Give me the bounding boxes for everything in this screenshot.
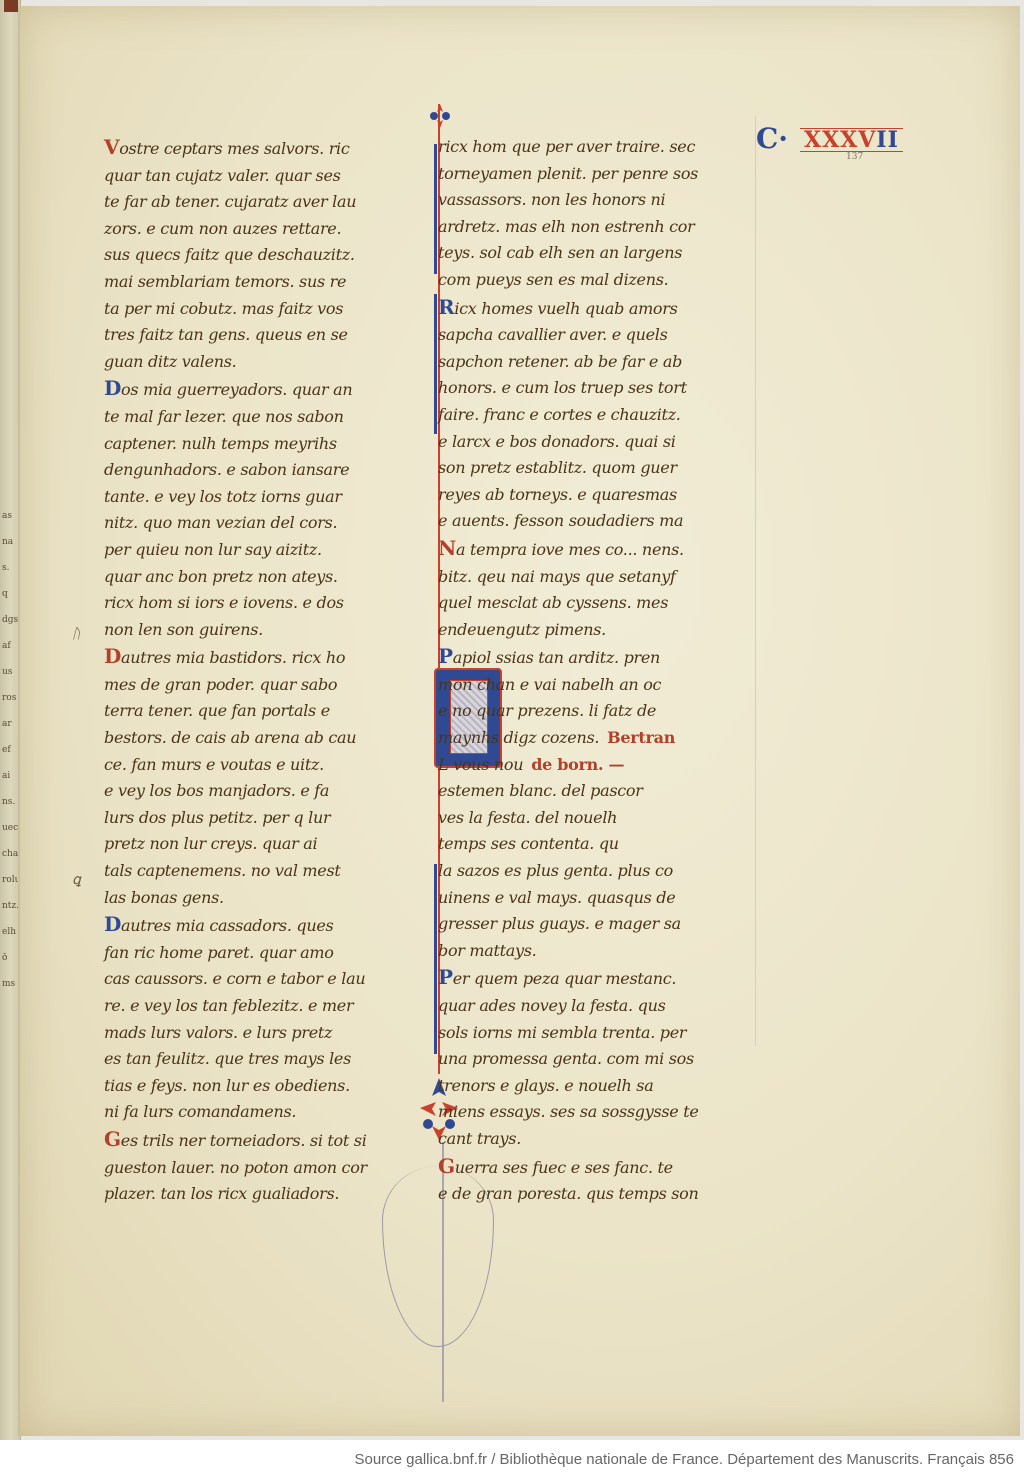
text-line: nitz. quo man vezian del cors. xyxy=(104,510,394,537)
decorated-initial: N xyxy=(438,536,456,560)
line-text: faire. franc e cortes e chauzitz. xyxy=(438,405,681,424)
margin-note: ꝗ xyxy=(72,872,81,888)
text-line: Dos mia guerreyadors. quar an xyxy=(104,375,394,404)
text-line: e vey los bos manjadors. e fa xyxy=(104,778,394,805)
text-line: torneyamen plenit. per penre sos xyxy=(438,161,758,188)
line-text: ricx hom si iors e iovens. e dos xyxy=(104,593,344,612)
line-text: gresser plus guays. e mager sa xyxy=(438,914,681,933)
text-line: Vostre ceptars mes salvors. ric xyxy=(104,134,394,163)
text-line: cant trays. xyxy=(438,1126,758,1153)
pencil-folio-number: 137 xyxy=(846,152,863,162)
text-line: teys. sol cab elh sen an largens xyxy=(438,240,758,267)
line-text: sapchon retener. ab be far e ab xyxy=(438,352,682,371)
line-text: ostre ceptars mes salvors. ric xyxy=(119,139,349,158)
text-line: reyes ab torneys. e quaresmas xyxy=(438,482,758,509)
line-text: mes de gran poder. quar sabo xyxy=(104,675,337,694)
source-attribution: Source gallica.bnf.fr / Bibliothèque nat… xyxy=(354,1451,1014,1468)
line-text: ce. fan murs e voutas e uitz. xyxy=(104,755,324,774)
line-text: terra tener. que fan portals e xyxy=(104,701,330,720)
line-text: a tempra iove mes co... nens. xyxy=(456,540,684,559)
line-text: mai semblariam temors. sus re xyxy=(104,272,346,291)
line-text: quar tan cujatz valer. quar ses xyxy=(104,166,341,185)
line-text: lurs dos plus petitz. per q lur xyxy=(104,808,330,827)
folio-numeral-red: XXXV xyxy=(804,127,876,153)
line-text: trenors e glays. e nouelh sa xyxy=(438,1076,653,1095)
line-text: icx homes vuelh quab amors xyxy=(454,299,677,318)
line-text: reyes ab torneys. e quaresmas xyxy=(438,485,677,504)
line-text: sus quecs faitz que deschauzitz. xyxy=(104,245,355,264)
text-line: trenors e glays. e nouelh sa xyxy=(438,1073,758,1100)
text-line: Dautres mia cassadors. ques xyxy=(104,911,394,940)
text-line: miens essays. ses sa sossgysse te xyxy=(438,1099,758,1126)
line-text: com pueys sen es mal dizens. xyxy=(438,270,668,289)
line-text: tias e feys. non lur es obediens. xyxy=(104,1076,350,1095)
line-text: cant trays. xyxy=(438,1129,521,1148)
text-line: Papiol ssias tan arditz. pren xyxy=(438,643,758,672)
folio-numeral-blue: II xyxy=(876,127,899,153)
text-line: faire. franc e cortes e chauzitz. xyxy=(438,402,758,429)
line-text: uerra ses fuec e ses fanc. te xyxy=(455,1158,673,1177)
text-line: per quieu non lur say aizitz. xyxy=(104,537,394,564)
line-text: er quem peza quar mestanc. xyxy=(453,969,676,988)
line-text: bitz. qeu nai mays que setanyf xyxy=(438,567,676,586)
line-text: zors. e cum non auzes rettare. xyxy=(104,219,341,238)
rubric-author-name: de born. — xyxy=(531,755,624,774)
line-text: mon chan e vai nabelh an oc xyxy=(438,675,661,694)
text-line: te far ab tener. cujaratz aver lau xyxy=(104,189,394,216)
decorated-initial: D xyxy=(104,376,121,400)
line-text: per quieu non lur say aizitz. xyxy=(104,540,322,559)
line-text: teys. sol cab elh sen an largens xyxy=(438,243,682,262)
text-line: tals captenemens. no val mest xyxy=(104,858,394,885)
text-line: sols iorns mi sembla trenta. per xyxy=(438,1020,758,1047)
line-text: es trils ner torneiadors. si tot si xyxy=(121,1131,367,1150)
text-line: sapchon retener. ab be far e ab xyxy=(438,349,758,376)
text-line: mai semblariam temors. sus re xyxy=(104,269,394,296)
text-line: endeuengutz pimens. xyxy=(438,617,758,644)
top-flourish-ornament xyxy=(425,96,455,136)
text-line: e larcx e bos donadors. quai si xyxy=(438,429,758,456)
line-text: quar ades novey la festa. qus xyxy=(438,996,665,1015)
line-text: cas caussors. e corn e tabor e lau xyxy=(104,969,365,988)
line-text: plazer. tan los ricx gualiadors. xyxy=(104,1184,339,1203)
line-text: e larcx e bos donadors. quai si xyxy=(438,432,676,451)
text-line: quel mesclat ab cyssens. mes xyxy=(438,590,758,617)
line-text: autres mia bastidors. ricx ho xyxy=(121,648,345,667)
text-line: una promessa genta. com mi sos xyxy=(438,1046,758,1073)
text-line: e de gran poresta. qus temps son xyxy=(438,1181,758,1208)
line-text: autres mia cassadors. ques xyxy=(121,916,333,935)
text-line: ta per mi cobutz. mas faitz vos xyxy=(104,296,394,323)
line-text: vassassors. non les honors ni xyxy=(438,190,665,209)
line-text: bestors. de cais ab arena ab cau xyxy=(104,728,356,747)
text-line: guan ditz valens. xyxy=(104,349,394,376)
line-text: te mal far lezer. que nos sabon xyxy=(104,407,344,426)
line-text: re. e vey los tan feblezitz. e mer xyxy=(104,996,353,1015)
text-line: pretz non lur creys. quar ai xyxy=(104,831,394,858)
line-text: una promessa genta. com mi sos xyxy=(438,1049,694,1068)
line-text: es tan feulitz. que tres mays les xyxy=(104,1049,351,1068)
line-text: non len son guirens. xyxy=(104,620,263,639)
text-line: temps ses contenta. qu xyxy=(438,831,758,858)
line-text: torneyamen plenit. per penre sos xyxy=(438,164,698,183)
line-text: pretz non lur creys. quar ai xyxy=(104,834,317,853)
text-line: lurs dos plus petitz. per q lur xyxy=(104,805,394,832)
right-text-column: ricx hom que per aver traire. sectorneya… xyxy=(438,134,758,1208)
line-text: L vous nou xyxy=(438,755,523,774)
text-line: las bonas gens. xyxy=(104,885,394,912)
line-text: apiol ssias tan arditz. pren xyxy=(453,648,660,667)
text-line: com pueys sen es mal dizens. xyxy=(438,267,758,294)
text-line: mon chan e vai nabelh an oc xyxy=(438,672,758,699)
text-line: vassassors. non les honors ni xyxy=(438,187,758,214)
left-text-column: Vostre ceptars mes salvors. ricquar tan … xyxy=(104,134,394,1208)
line-text: sapcha cavallier aver. e quels xyxy=(438,325,668,344)
decorated-initial: R xyxy=(438,295,454,319)
text-line: maynhs digz cozens.Bertran xyxy=(438,725,758,752)
text-line: ce. fan murs e voutas e uitz. xyxy=(104,752,394,779)
line-text: quar anc bon pretz non ateys. xyxy=(104,567,338,586)
text-line: e auents. fesson soudadiers ma xyxy=(438,508,758,535)
line-text: te far ab tener. cujaratz aver lau xyxy=(104,192,356,211)
text-line: honors. e cum los truep ses tort xyxy=(438,375,758,402)
text-line: quar ades novey la festa. qus xyxy=(438,993,758,1020)
line-text: e no quar prezens. li fatz de xyxy=(438,701,656,720)
text-line: ardretz. mas elh non estrenh cor xyxy=(438,214,758,241)
decorated-initial: V xyxy=(104,135,119,159)
text-line: terra tener. que fan portals e xyxy=(104,698,394,725)
line-text: la sazos es plus genta. plus co xyxy=(438,861,673,880)
folio-numeral: XXXVII xyxy=(800,128,903,152)
text-line: zors. e cum non auzes rettare. xyxy=(104,216,394,243)
text-line: bitz. qeu nai mays que setanyf xyxy=(438,564,758,591)
text-line: sus quecs faitz que deschauzitz. xyxy=(104,242,394,269)
line-text: uinens e val mays. quasqus de xyxy=(438,888,675,907)
text-line: Per quem peza quar mestanc. xyxy=(438,964,758,993)
decorated-initial: P xyxy=(438,965,453,989)
text-line: te mal far lezer. que nos sabon xyxy=(104,404,394,431)
text-line: dengunhadors. e sabon iansare xyxy=(104,457,394,484)
line-text: e de gran poresta. qus temps son xyxy=(438,1184,699,1203)
text-line: ricx hom que per aver traire. sec xyxy=(438,134,758,161)
text-line: ves la festa. del nouelh xyxy=(438,805,758,832)
text-line: e no quar prezens. li fatz de xyxy=(438,698,758,725)
line-text: honors. e cum los truep ses tort xyxy=(438,378,687,397)
text-line: Guerra ses fuec e ses fanc. te xyxy=(438,1153,758,1182)
text-line: Ricx homes vuelh quab amors xyxy=(438,294,758,323)
text-line: tante. e vey los totz iorns guar xyxy=(104,484,394,511)
line-text: gueston lauer. no poton amon cor xyxy=(104,1158,367,1177)
text-line: son pretz establitz. quom guer xyxy=(438,455,758,482)
text-line: es tan feulitz. que tres mays les xyxy=(104,1046,394,1073)
line-text: e vey los bos manjadors. e fa xyxy=(104,781,329,800)
line-text: maynhs digz cozens. xyxy=(438,728,599,747)
text-line: captener. nulh temps meyrihs xyxy=(104,431,394,458)
line-text: ardretz. mas elh non estrenh cor xyxy=(438,217,694,236)
text-line: plazer. tan los ricx gualiadors. xyxy=(104,1181,394,1208)
text-line: mads lurs valors. e lurs pretz xyxy=(104,1020,394,1047)
text-line: quar anc bon pretz non ateys. xyxy=(104,564,394,591)
line-text: tante. e vey los totz iorns guar xyxy=(104,487,342,506)
text-line: sapcha cavallier aver. e quels xyxy=(438,322,758,349)
line-text: ni fa lurs comandamens. xyxy=(104,1102,296,1121)
rubric-author-name: Bertran xyxy=(607,728,675,747)
line-text: las bonas gens. xyxy=(104,888,224,907)
text-line: bor mattays. xyxy=(438,938,758,965)
line-text: quel mesclat ab cyssens. mes xyxy=(438,593,668,612)
line-text: ricx hom que per aver traire. sec xyxy=(438,137,695,156)
text-line: Na tempra iove mes co... nens. xyxy=(438,535,758,564)
text-line: tres faitz tan gens. queus en se xyxy=(104,322,394,349)
line-text: os mia guerreyadors. quar an xyxy=(121,380,352,399)
text-line: fan ric home paret. quar amo xyxy=(104,940,394,967)
line-text: temps ses contenta. qu xyxy=(438,834,619,853)
margin-note: ᚢ xyxy=(72,626,80,642)
text-line: gueston lauer. no poton amon cor xyxy=(104,1155,394,1182)
text-line: ricx hom si iors e iovens. e dos xyxy=(104,590,394,617)
text-line: ni fa lurs comandamens. xyxy=(104,1099,394,1126)
text-line: bestors. de cais ab arena ab cau xyxy=(104,725,394,752)
folio-page: C· XXXVII 137 Vostre ceptars mes salvors… xyxy=(18,6,1020,1436)
decorated-initial: G xyxy=(104,1127,121,1151)
text-line: cas caussors. e corn e tabor e lau xyxy=(104,966,394,993)
line-text: fan ric home paret. quar amo xyxy=(104,943,334,962)
source-footer: Source gallica.bnf.fr / Bibliothèque nat… xyxy=(0,1440,1024,1480)
text-line: L vous noude born. — xyxy=(438,752,758,779)
text-line: gresser plus guays. e mager sa xyxy=(438,911,758,938)
decorated-initial: G xyxy=(438,1154,455,1178)
line-text: mads lurs valors. e lurs pretz xyxy=(104,1023,332,1042)
line-text: ta per mi cobutz. mas faitz vos xyxy=(104,299,343,318)
binding-strip xyxy=(4,0,18,12)
text-line: tias e feys. non lur es obediens. xyxy=(104,1073,394,1100)
line-text: nitz. quo man vezian del cors. xyxy=(104,513,337,532)
decorated-initial: D xyxy=(104,644,121,668)
text-line: uinens e val mays. quasqus de xyxy=(438,885,758,912)
line-text: captener. nulh temps meyrihs xyxy=(104,434,337,453)
line-text: tals captenemens. no val mest xyxy=(104,861,341,880)
text-line: re. e vey los tan feblezitz. e mer xyxy=(104,993,394,1020)
line-text: bor mattays. xyxy=(438,941,536,960)
text-line: Ges trils ner torneiadors. si tot si xyxy=(104,1126,394,1155)
decorated-initial: P xyxy=(438,644,453,668)
line-text: sols iorns mi sembla trenta. per xyxy=(438,1023,686,1042)
line-text: tres faitz tan gens. queus en se xyxy=(104,325,348,344)
folio-prefix: C· xyxy=(756,122,788,155)
line-text: ves la festa. del nouelh xyxy=(438,808,617,827)
text-line: non len son guirens. xyxy=(104,617,394,644)
line-text: guan ditz valens. xyxy=(104,352,236,371)
line-text: dengunhadors. e sabon iansare xyxy=(104,460,349,479)
line-text: e auents. fesson soudadiers ma xyxy=(438,511,683,530)
line-text: son pretz establitz. quom guer xyxy=(438,458,677,477)
text-line: Dautres mia bastidors. ricx ho xyxy=(104,643,394,672)
text-line: quar tan cujatz valer. quar ses xyxy=(104,163,394,190)
line-text: miens essays. ses sa sossgysse te xyxy=(438,1102,699,1121)
manuscript-viewer: asnas.qdgsafusrosarefains.uecchasroluntz… xyxy=(0,0,1024,1440)
line-text: endeuengutz pimens. xyxy=(438,620,606,639)
line-text: estemen blanc. del pascor xyxy=(438,781,643,800)
text-line: la sazos es plus genta. plus co xyxy=(438,858,758,885)
text-line: estemen blanc. del pascor xyxy=(438,778,758,805)
decorated-initial: D xyxy=(104,912,121,936)
text-line: mes de gran poder. quar sabo xyxy=(104,672,394,699)
